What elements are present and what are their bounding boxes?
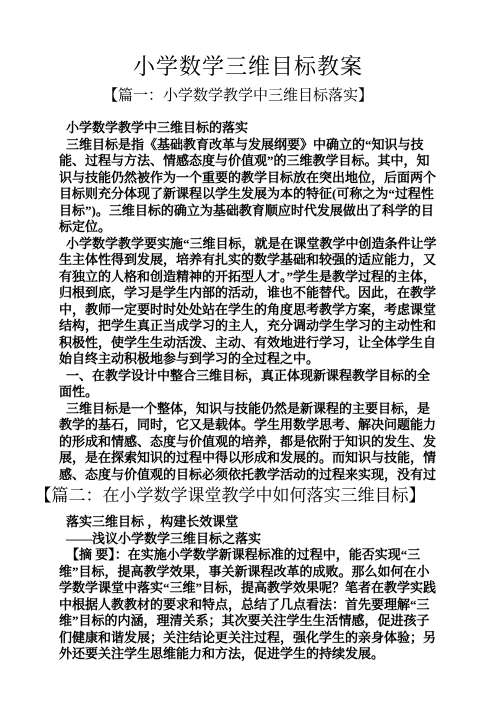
document-page: 小学数学三维目标教案 【篇一：小学数学教学中三维目标落实】 小学数学教学中三维目… — [0, 0, 496, 702]
document-title: 小学数学三维目标教案 — [0, 0, 496, 80]
section2-header: 【篇二：在小学数学课堂教学中如何落实三维目标】 — [0, 486, 460, 506]
section1-paragraph-subheading: 一、在教学设计中整合三维目标，真正体现新课程教学目标的全面性。 — [59, 368, 439, 401]
section2-paragraph-title: 落实三维目标 ，构建长效课堂 — [59, 514, 439, 531]
section1-paragraph-heading: 小学数学教学中三维目标的落实 — [59, 120, 439, 137]
section2-paragraph-abstract: 【摘 要】：在实施小学数学新课程标准的过程中，能否实现“三维”目标，提高教学效果… — [59, 547, 439, 663]
section1-paragraph: 三维目标是指《基础教育改革与发展纲要》中确立的“知识与技能、过程与方法、情感态度… — [59, 137, 439, 236]
section1-body: 小学数学教学中三维目标的落实 三维目标是指《基础教育改革与发展纲要》中确立的“知… — [0, 120, 496, 483]
section1-paragraph: 三维目标是一个整体，知识与技能仍然是新课程的主要目标，是教学的基石，同时，它又是… — [59, 401, 439, 484]
section2-body: 落实三维目标 ，构建长效课堂 ——浅议小学数学三维目标之落实 【摘 要】：在实施… — [0, 514, 496, 663]
section2-paragraph-subtitle: ——浅议小学数学三维目标之落实 — [59, 531, 439, 548]
section1-header: 【篇一：小学数学教学中三维目标落实】 — [0, 86, 476, 106]
section1-paragraph: 小学数学教学要实施“三维目标，就是在课堂教学中创造条件让学生主体性得到发展，培养… — [59, 236, 439, 368]
